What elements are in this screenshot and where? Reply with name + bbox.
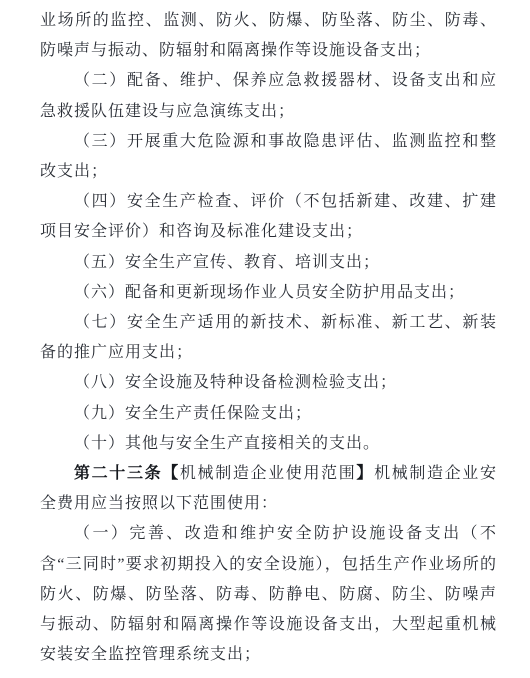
- article-bracket-title: 机械制造企业使用范围: [180, 465, 357, 482]
- list-item-7: （七）安全生产适用的新技术、新标准、新工艺、新装备的推广应用支出；: [40, 308, 497, 368]
- list-item-2: （二）配备、维护、保养应急救援器材、设备支出和应急救援队伍建设与应急演练支出；: [40, 66, 497, 126]
- list-item-3: （三）开展重大危险源和事故隐患评估、监测监控和整改支出；: [40, 127, 497, 187]
- document-body: 业场所的监控、监测、防火、防爆、防坠落、防尘、防毒、防噪声与振动、防辐射和隔离操…: [40, 6, 497, 670]
- list-item-4: （四）安全生产检查、评价（不包括新建、改建、扩建项目安全评价）和咨询及标准化建设…: [40, 187, 497, 247]
- list-item-9: （九）安全生产责任保险支出；: [40, 399, 497, 429]
- document-page: 业场所的监控、监测、防火、防爆、防坠落、防尘、防毒、防噪声与振动、防辐射和隔离操…: [0, 0, 530, 678]
- list-item-5: （五）安全生产宣传、教育、培训支出；: [40, 248, 497, 278]
- list-item-8: （八）安全设施及特种设备检测检验支出；: [40, 368, 497, 398]
- article-23-heading-paragraph: 第二十三条【机械制造企业使用范围】机械制造企业安全费用应当按照以下范围使用：: [40, 459, 497, 519]
- bracket-close: 】: [356, 465, 374, 482]
- list-item-mech-1: （一）完善、改造和维护安全防护设施设备支出（不含“三同时”要求初期投入的安全设施…: [40, 519, 497, 670]
- article-number: 第二十三条: [74, 465, 162, 482]
- list-item-6: （六）配备和更新现场作业人员安全防护用品支出；: [40, 278, 497, 308]
- list-item-10: （十）其他与安全生产直接相关的支出。: [40, 429, 497, 459]
- paragraph-continuation: 业场所的监控、监测、防火、防爆、防坠落、防尘、防毒、防噪声与振动、防辐射和隔离操…: [40, 6, 497, 66]
- bracket-open: 【: [162, 465, 180, 482]
